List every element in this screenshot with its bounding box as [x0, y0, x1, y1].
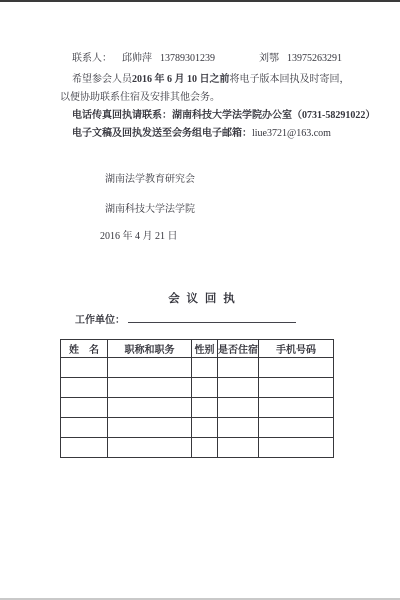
col-header-gender: 性别	[192, 340, 218, 358]
fax-contact-line: 电话传真回执请联系：湖南科技大学法学院办公室（0731-58291022）	[72, 107, 375, 125]
col-header-title-position: 职称和职务	[108, 340, 192, 358]
empty-cell	[61, 418, 108, 438]
empty-cell	[108, 358, 192, 378]
table-row	[61, 378, 334, 398]
table-header-row: 姓 名 职称和职务 性别 是否住宿 手机号码	[61, 340, 334, 358]
empty-cell	[218, 358, 259, 378]
notice-pre: 希望参会人员	[72, 74, 132, 85]
empty-cell	[259, 378, 334, 398]
empty-cell	[108, 418, 192, 438]
table-row	[61, 418, 334, 438]
empty-cell	[259, 418, 334, 438]
empty-cell	[192, 418, 218, 438]
contact2-name: 刘鄂	[259, 53, 279, 64]
contact-label: 联系人：	[72, 53, 112, 64]
contact1-phone: 13789301239	[160, 53, 215, 64]
empty-cell	[192, 358, 218, 378]
table-row	[61, 358, 334, 378]
empty-cell	[259, 438, 334, 458]
signature-date: 2016 年 4 月 21 日	[100, 228, 178, 246]
empty-cell	[108, 398, 192, 418]
work-unit-blank-field	[128, 312, 296, 323]
email-label: 电子文稿及回执发送至会务组电子邮箱：	[72, 128, 252, 139]
reply-form-title: 会 议 回 执	[60, 290, 345, 306]
reply-table: 姓 名 职称和职务 性别 是否住宿 手机号码	[60, 339, 334, 458]
empty-cell	[108, 438, 192, 458]
empty-cell	[192, 438, 218, 458]
empty-cell	[192, 378, 218, 398]
col-header-name: 姓 名	[61, 340, 108, 358]
table-row	[61, 398, 334, 418]
empty-cell	[259, 358, 334, 378]
email-line: 电子文稿及回执发送至会务组电子邮箱：liue3721@163.com	[72, 125, 331, 143]
empty-cell	[108, 378, 192, 398]
col-header-mobile: 手机号码	[259, 340, 334, 358]
work-unit-label: 工作单位：	[75, 315, 125, 326]
empty-cell	[218, 378, 259, 398]
email-address: liue3721@163.com	[252, 128, 331, 139]
notice-paragraph: 希望参会人员2016 年 6 月 10 日之前将电子版本回执及时寄回，以便协助联…	[60, 71, 350, 107]
empty-cell	[218, 418, 259, 438]
work-unit-line: 工作单位：	[75, 312, 296, 330]
empty-cell	[192, 398, 218, 418]
contact1-name: 邱帅萍	[122, 53, 152, 64]
empty-cell	[61, 358, 108, 378]
signature-org-1: 湖南法学教育研究会	[105, 171, 195, 189]
table-row	[61, 438, 334, 458]
empty-cell	[61, 378, 108, 398]
empty-cell	[61, 398, 108, 418]
contact2-phone: 13975263291	[287, 53, 342, 64]
contact-line: 联系人：邱帅萍13789301239刘鄂13975263291	[72, 50, 342, 68]
empty-cell	[218, 398, 259, 418]
signature-org-2: 湖南科技大学法学院	[105, 201, 195, 219]
notice-deadline: 2016 年 6 月 10 日之前	[132, 74, 230, 85]
empty-cell	[61, 438, 108, 458]
document-page: { "contacts": { "label": "联系人：", "contac…	[0, 0, 400, 600]
empty-cell	[259, 398, 334, 418]
empty-cell	[218, 438, 259, 458]
col-header-accommodation: 是否住宿	[218, 340, 259, 358]
